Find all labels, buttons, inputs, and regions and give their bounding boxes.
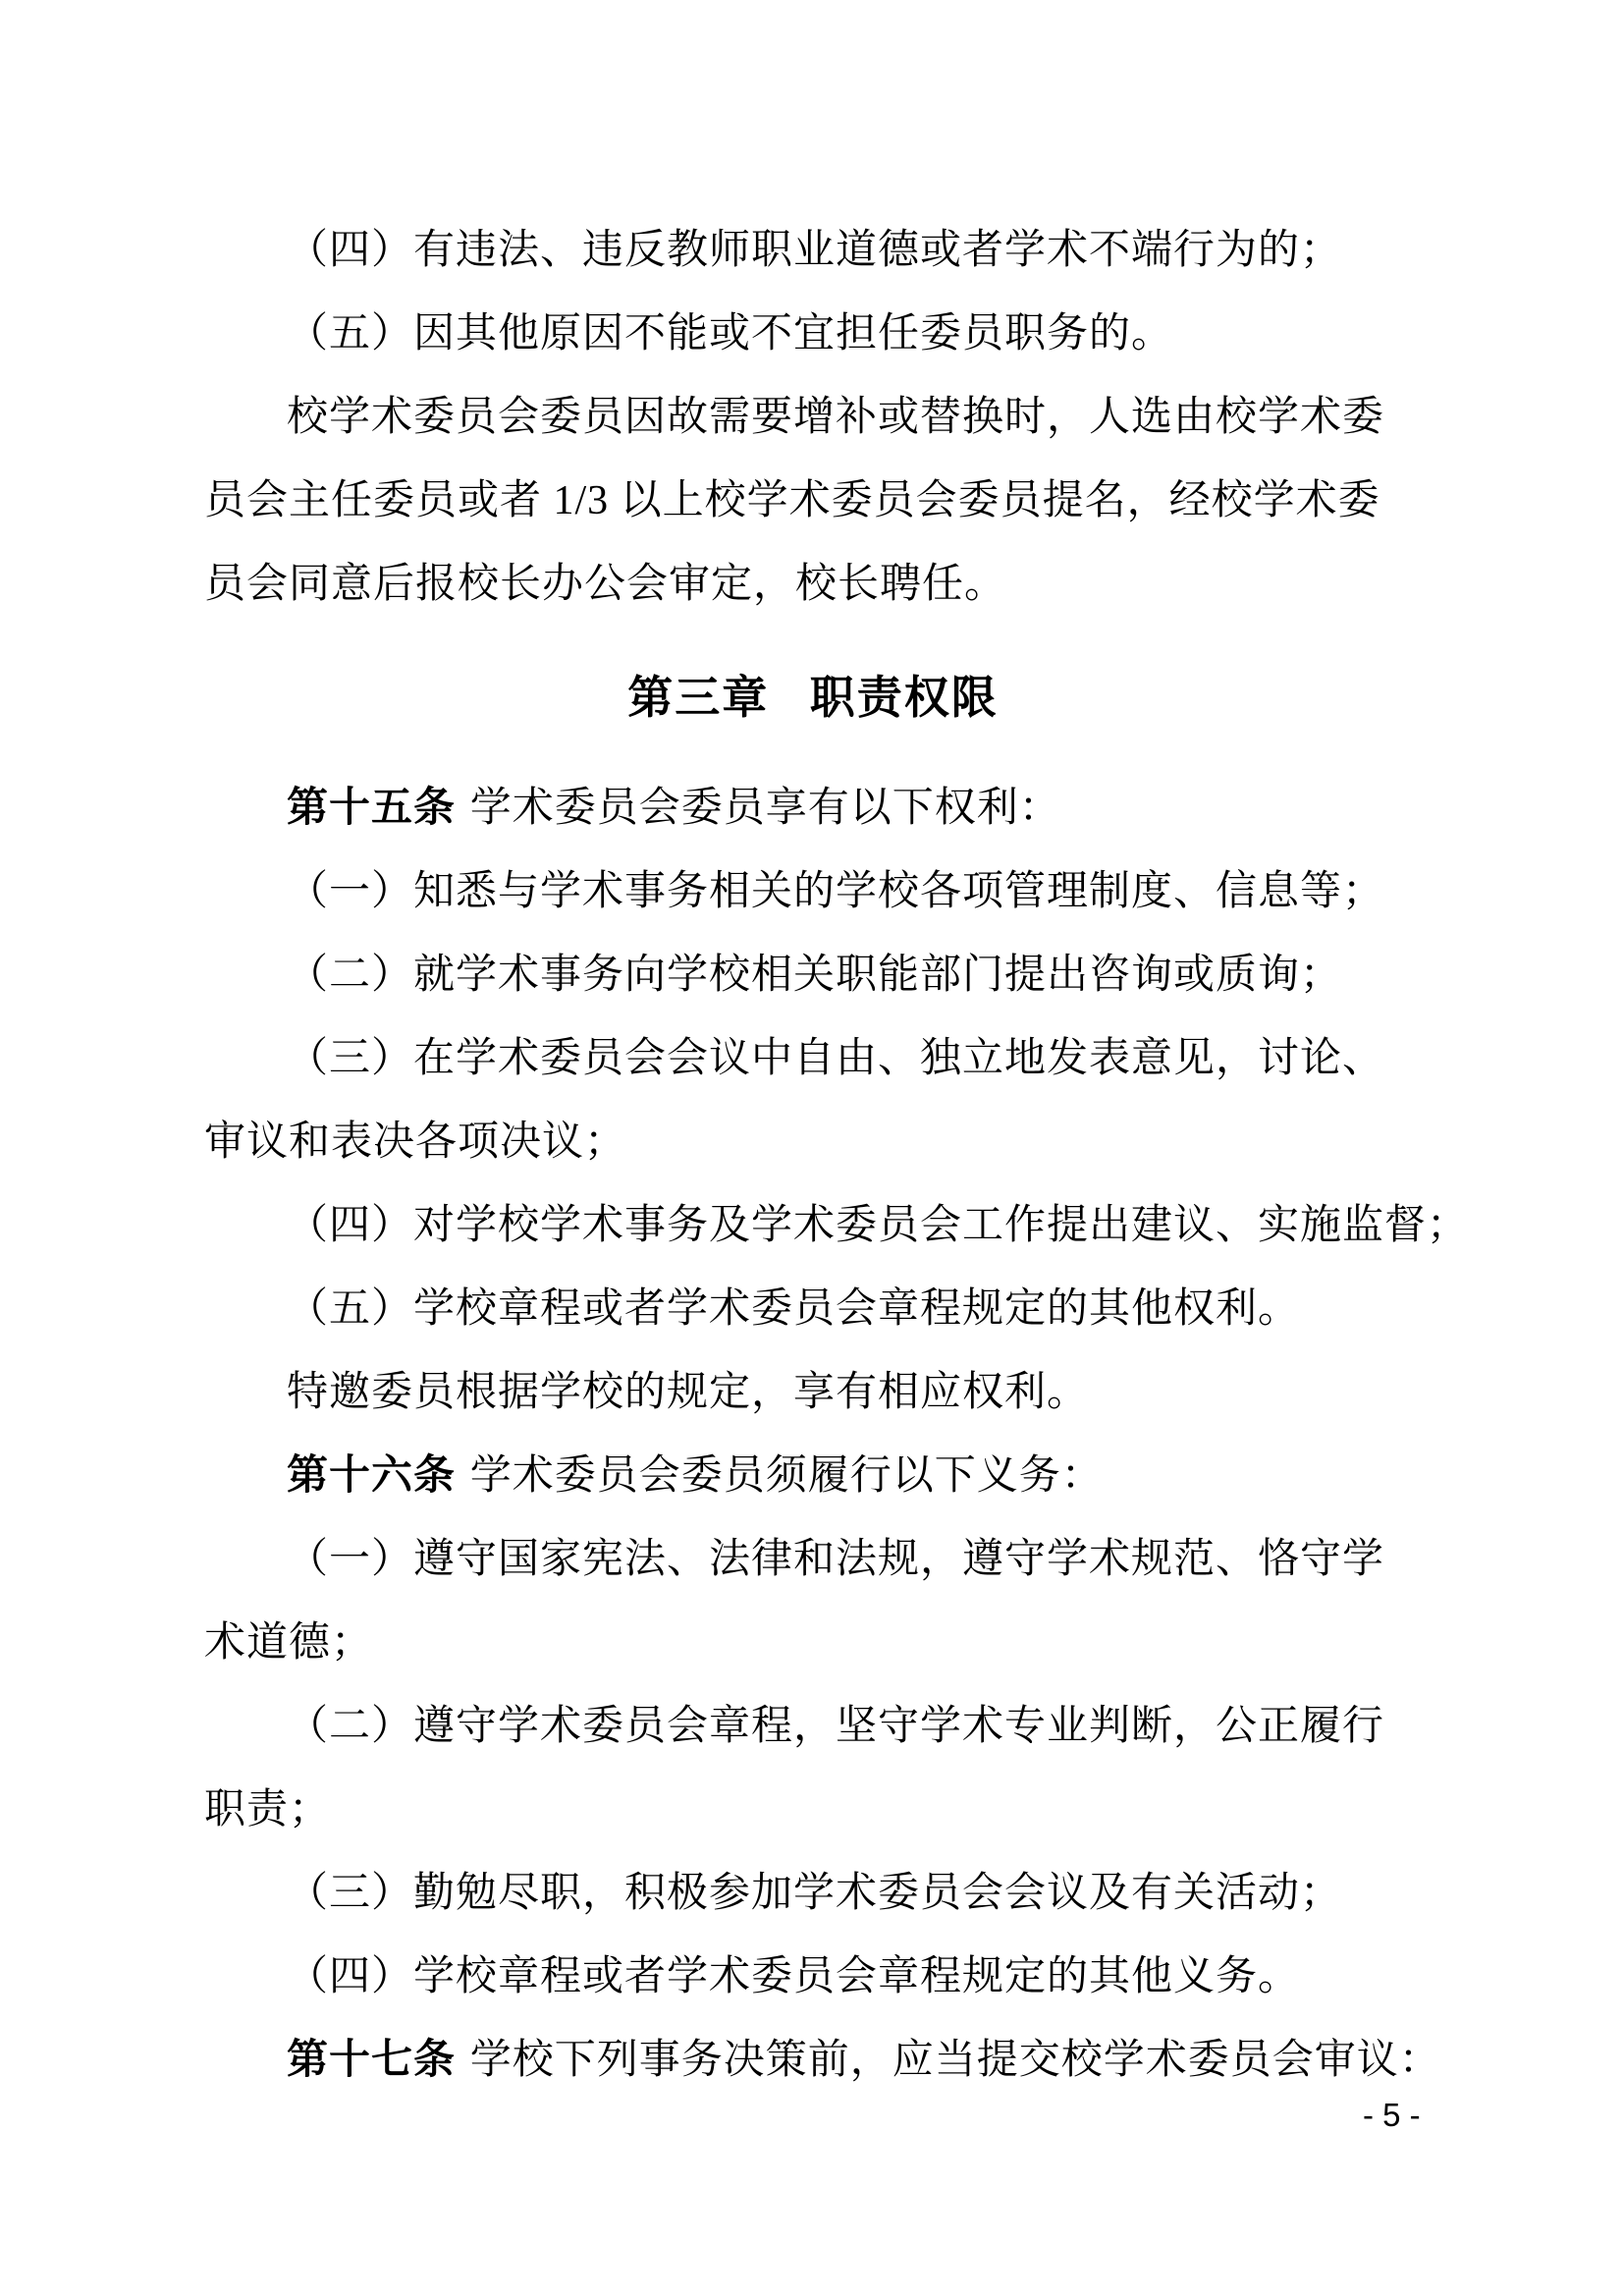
body-line: （四）有违法、违反教师职业道德或者学术不端行为的；	[204, 209, 1422, 293]
line-text: （五）因其他原因不能或不宜担任委员职务的。	[287, 311, 1173, 356]
body-line: 术道德；	[204, 1602, 1422, 1685]
line-text: 特邀委员根据学校的规定，享有相应权利。	[287, 1370, 1089, 1415]
body-line: 校学术委员会委员因故需要增补或替换时，人选由校学术委	[204, 376, 1422, 460]
body-line: 第十五条学术委员会委员享有以下权利：	[204, 767, 1422, 850]
line-text: （三）勤勉尽职，积极参加学术委员会会议及有关活动；	[287, 1871, 1342, 1916]
body-line: （四）学校章程或者学术委员会章程规定的其他义务。	[204, 1936, 1422, 2019]
body-line: 员会主任委员或者 1/3 以上校学术委员会委员提名，经校学术委	[204, 460, 1422, 543]
body-line: （五）因其他原因不能或不宜担任委员职务的。	[204, 293, 1422, 376]
body-line: （三）在学术委员会会议中自由、独立地发表意见，讨论、	[204, 1017, 1422, 1101]
chapter-heading: 第三章职责权限	[204, 656, 1422, 739]
line-text: （二）就学术事务向学校相关职能部门提出咨询或质询；	[287, 953, 1342, 998]
article-number-label: 第十六条	[287, 1453, 456, 1499]
body-line: 特邀委员根据学校的规定，享有相应权利。	[204, 1351, 1422, 1435]
body-line: （二）遵守学术委员会章程，坚守学术专业判断，公正履行	[204, 1685, 1422, 1769]
body-line: （一）知悉与学术事务相关的学校各项管理制度、信息等；	[204, 850, 1422, 934]
line-text: 术道德；	[204, 1620, 373, 1666]
chapter-number: 第三章	[627, 672, 769, 723]
body-line: （二）就学术事务向学校相关职能部门提出咨询或质询；	[204, 934, 1422, 1017]
body-line: （四）对学校学术事务及学术委员会工作提出建议、实施监督；	[204, 1184, 1422, 1268]
line-text: 员会主任委员或者 1/3 以上校学术委员会委员提名，经校学术委	[204, 478, 1380, 523]
line-text: （四）有违法、违反教师职业道德或者学术不端行为的；	[287, 228, 1342, 273]
line-text: 学术委员会委员享有以下权利：	[470, 786, 1061, 831]
line-text: （五）学校章程或者学术委员会章程规定的其他权利。	[287, 1286, 1300, 1332]
document-page: （四）有违法、违反教师职业道德或者学术不端行为的； （五）因其他原因不能或不宜担…	[0, 0, 1622, 2296]
page-number: - 5 -	[1363, 2096, 1421, 2135]
body-line: 第十七条学校下列事务决策前，应当提交校学术委员会审议：	[204, 2019, 1422, 2103]
body-line: （一）遵守国家宪法、法律和法规，遵守学术规范、恪守学	[204, 1518, 1422, 1602]
line-text: （一）知悉与学术事务相关的学校各项管理制度、信息等；	[287, 869, 1384, 914]
line-text: 学术委员会委员须履行以下义务：	[470, 1453, 1104, 1499]
chapter-title: 职责权限	[810, 672, 999, 723]
line-text: （一）遵守国家宪法、法律和法规，遵守学术规范、恪守学	[287, 1537, 1384, 1582]
body-line: 员会同意后报校长办公会审定，校长聘任。	[204, 543, 1422, 627]
line-text: 校学术委员会委员因故需要增补或替换时，人选由校学术委	[287, 395, 1384, 440]
document-body: （四）有违法、违反教师职业道德或者学术不端行为的； （五）因其他原因不能或不宜担…	[204, 209, 1422, 2103]
line-text: 学校下列事务决策前，应当提交校学术委员会审议：	[470, 2038, 1441, 2083]
line-text: 职责；	[204, 1787, 331, 1832]
line-text: （二）遵守学术委员会章程，坚守学术专业判断，公正履行	[287, 1704, 1384, 1749]
line-text: （四）学校章程或者学术委员会章程规定的其他义务。	[287, 1954, 1300, 1999]
line-text: （四）对学校学术事务及学术委员会工作提出建议、实施监督；	[287, 1203, 1469, 1248]
body-line: 第十六条学术委员会委员须履行以下义务：	[204, 1435, 1422, 1518]
article-number-label: 第十七条	[287, 2038, 456, 2083]
body-line: （五）学校章程或者学术委员会章程规定的其他权利。	[204, 1268, 1422, 1351]
body-line: 审议和表决各项决议；	[204, 1101, 1422, 1184]
line-text: 审议和表决各项决议；	[204, 1120, 626, 1165]
line-text: （三）在学术委员会会议中自由、独立地发表意见，讨论、	[287, 1036, 1384, 1081]
line-text: 员会同意后报校长办公会审定，校长聘任。	[204, 562, 1006, 607]
body-line: （三）勤勉尽职，积极参加学术委员会会议及有关活动；	[204, 1852, 1422, 1936]
body-line: 职责；	[204, 1769, 1422, 1852]
article-number-label: 第十五条	[287, 786, 456, 831]
